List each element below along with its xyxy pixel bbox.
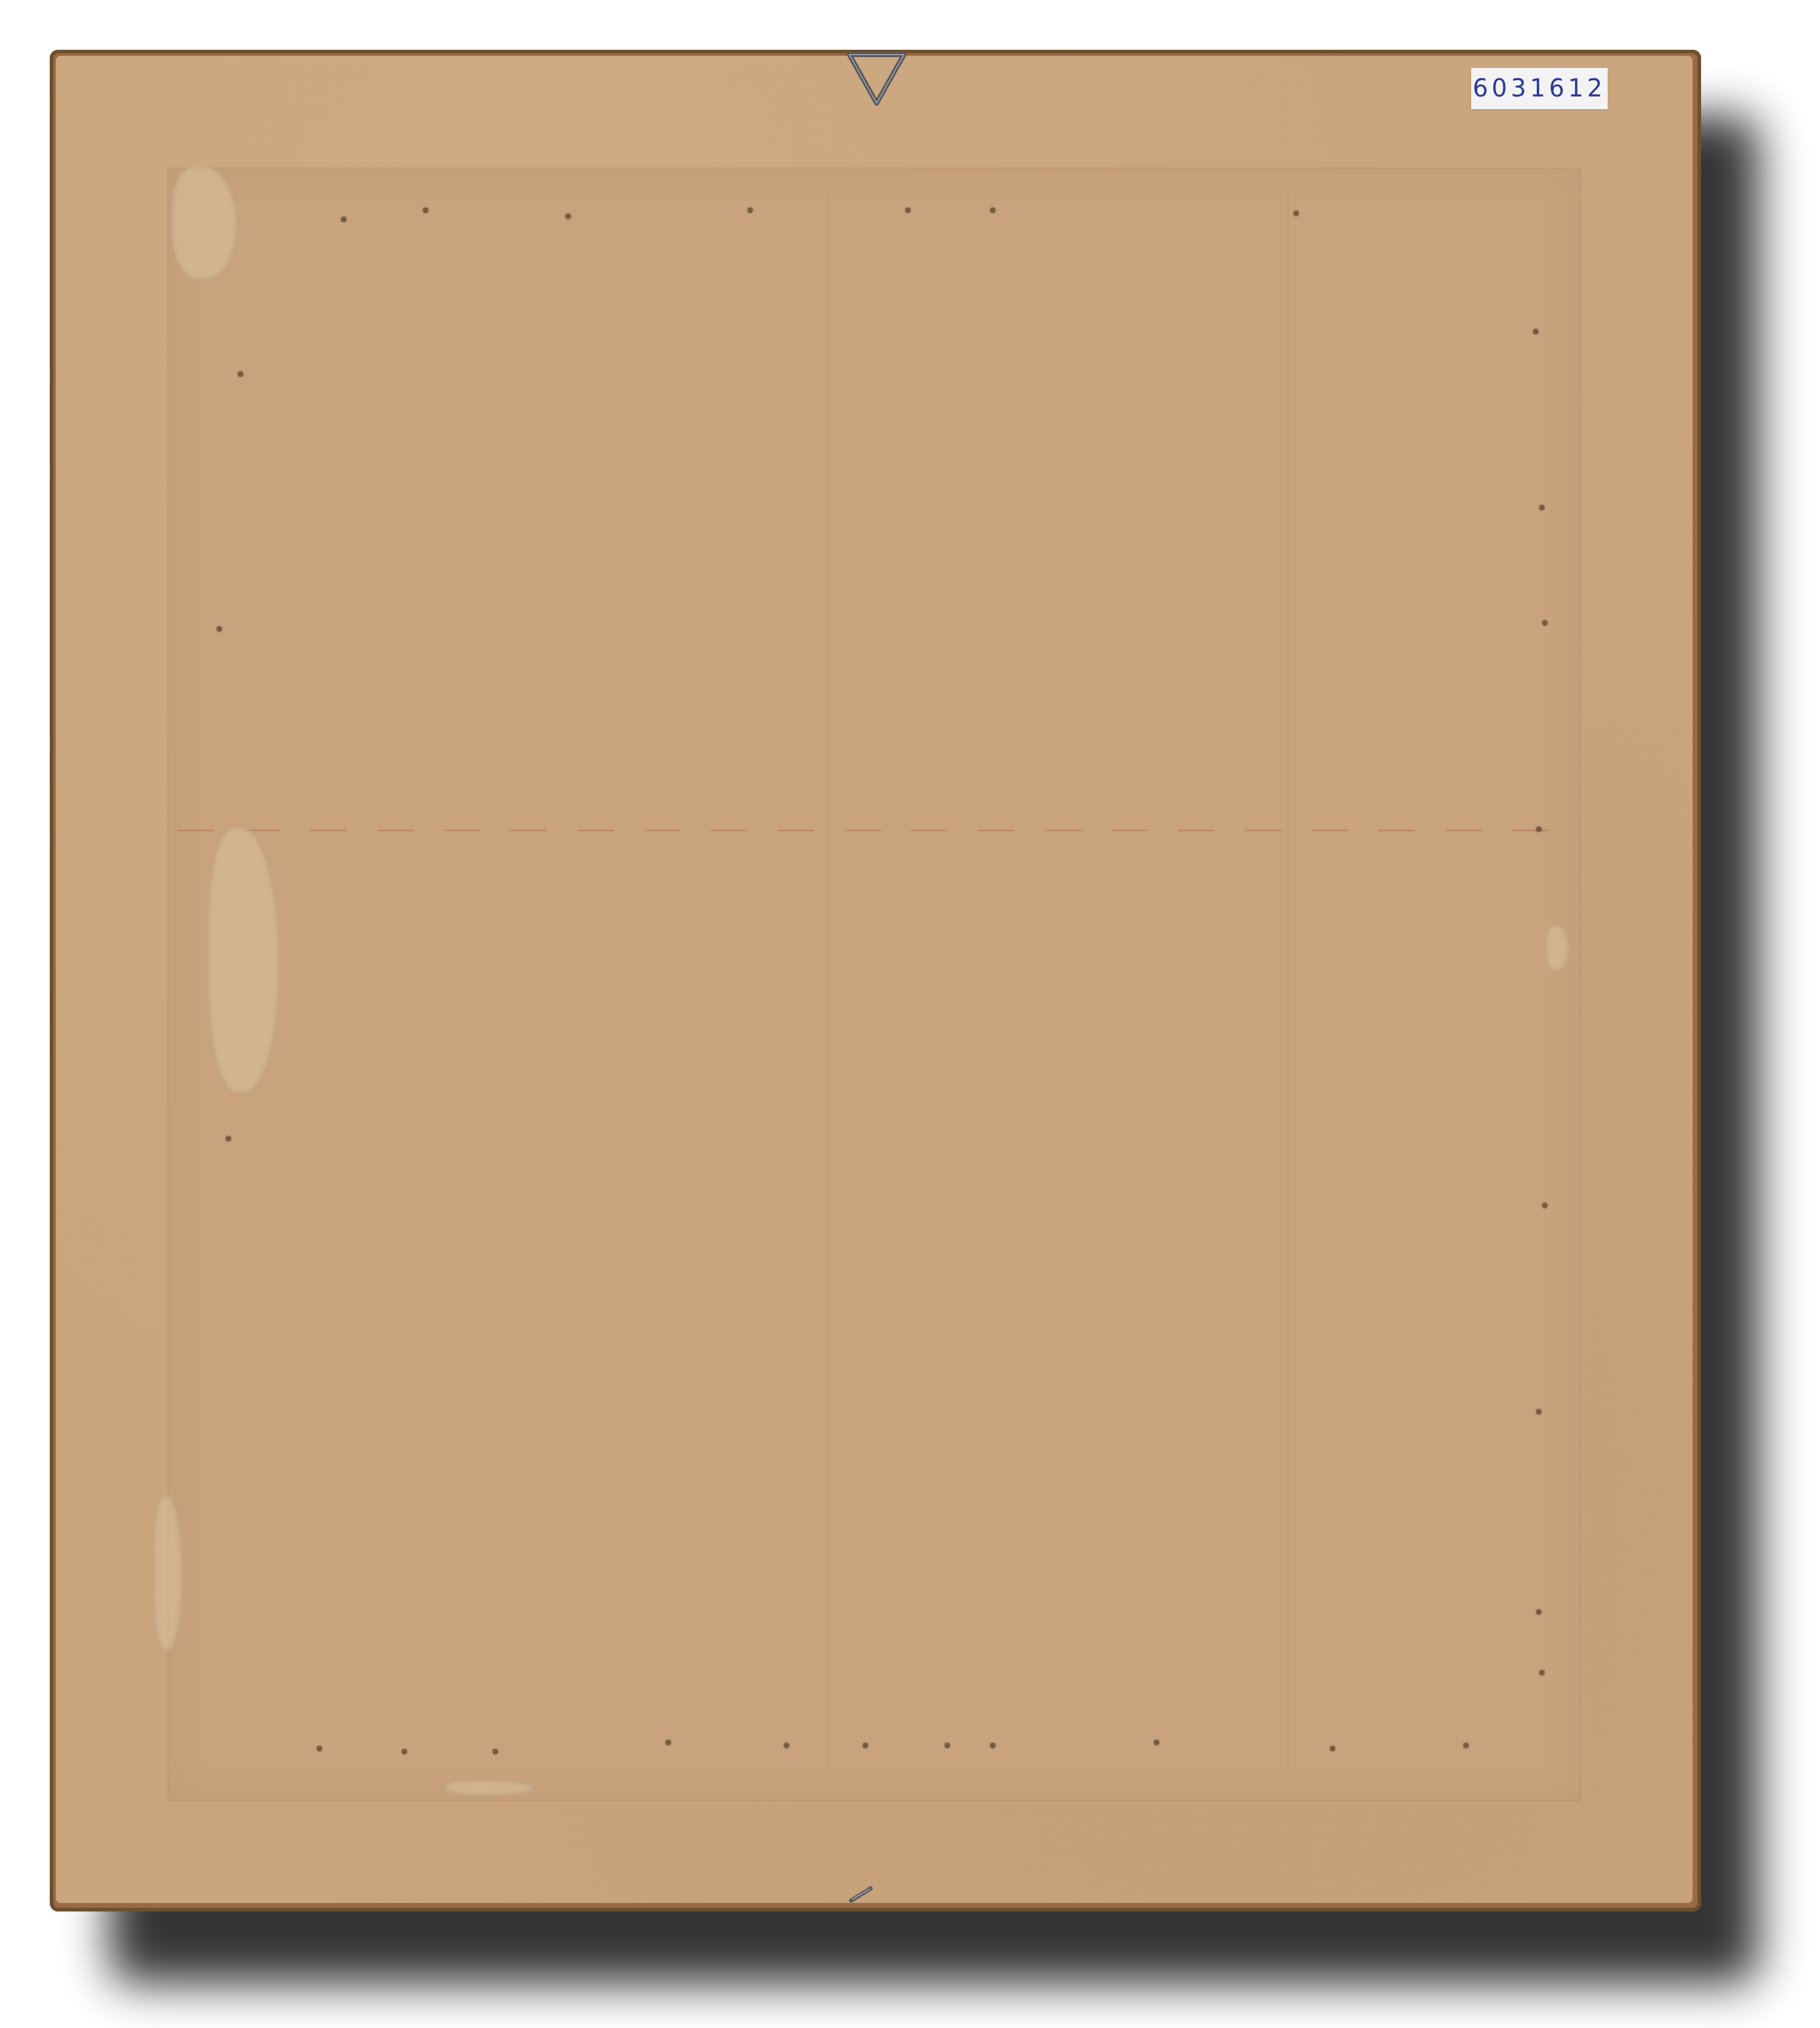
tack xyxy=(341,217,346,222)
tack xyxy=(1533,329,1539,334)
kraft-paper-backing xyxy=(56,56,1693,1903)
vertical-seam xyxy=(1287,189,1289,1769)
tack xyxy=(1293,211,1299,216)
tack xyxy=(565,214,571,219)
tack xyxy=(1536,1409,1542,1415)
tack xyxy=(990,1743,996,1748)
tack xyxy=(238,371,243,377)
tack xyxy=(747,208,753,213)
tack xyxy=(493,1749,498,1754)
horizontal-seam xyxy=(177,830,1571,831)
inventory-number: 6031612 xyxy=(1472,75,1606,103)
tack xyxy=(1536,826,1542,832)
tack xyxy=(423,208,428,213)
tack xyxy=(666,1740,671,1745)
tack xyxy=(863,1743,868,1748)
inner-backing-panel xyxy=(169,169,1580,1800)
tack xyxy=(1154,1740,1159,1745)
picture-frame-back xyxy=(50,50,1701,1911)
nail-icon xyxy=(846,1881,877,1905)
tack xyxy=(317,1746,322,1751)
tack xyxy=(990,208,996,213)
tack xyxy=(784,1743,789,1748)
tack xyxy=(217,626,222,632)
tack xyxy=(1539,505,1545,510)
tack xyxy=(226,1136,231,1141)
tack xyxy=(1539,1670,1545,1675)
tack xyxy=(1536,1609,1542,1615)
tack xyxy=(402,1749,407,1754)
paper-tear xyxy=(444,1779,535,1796)
triangle-hanger-icon xyxy=(843,50,910,107)
tack xyxy=(945,1743,950,1748)
tack xyxy=(1542,1203,1548,1208)
inventory-label: 6031612 xyxy=(1471,68,1608,109)
tack xyxy=(1463,1743,1469,1748)
tack xyxy=(1542,620,1548,626)
vertical-seam xyxy=(826,189,827,1769)
paper-tear xyxy=(1545,924,1569,972)
tack xyxy=(1330,1746,1335,1751)
tack xyxy=(905,208,911,213)
